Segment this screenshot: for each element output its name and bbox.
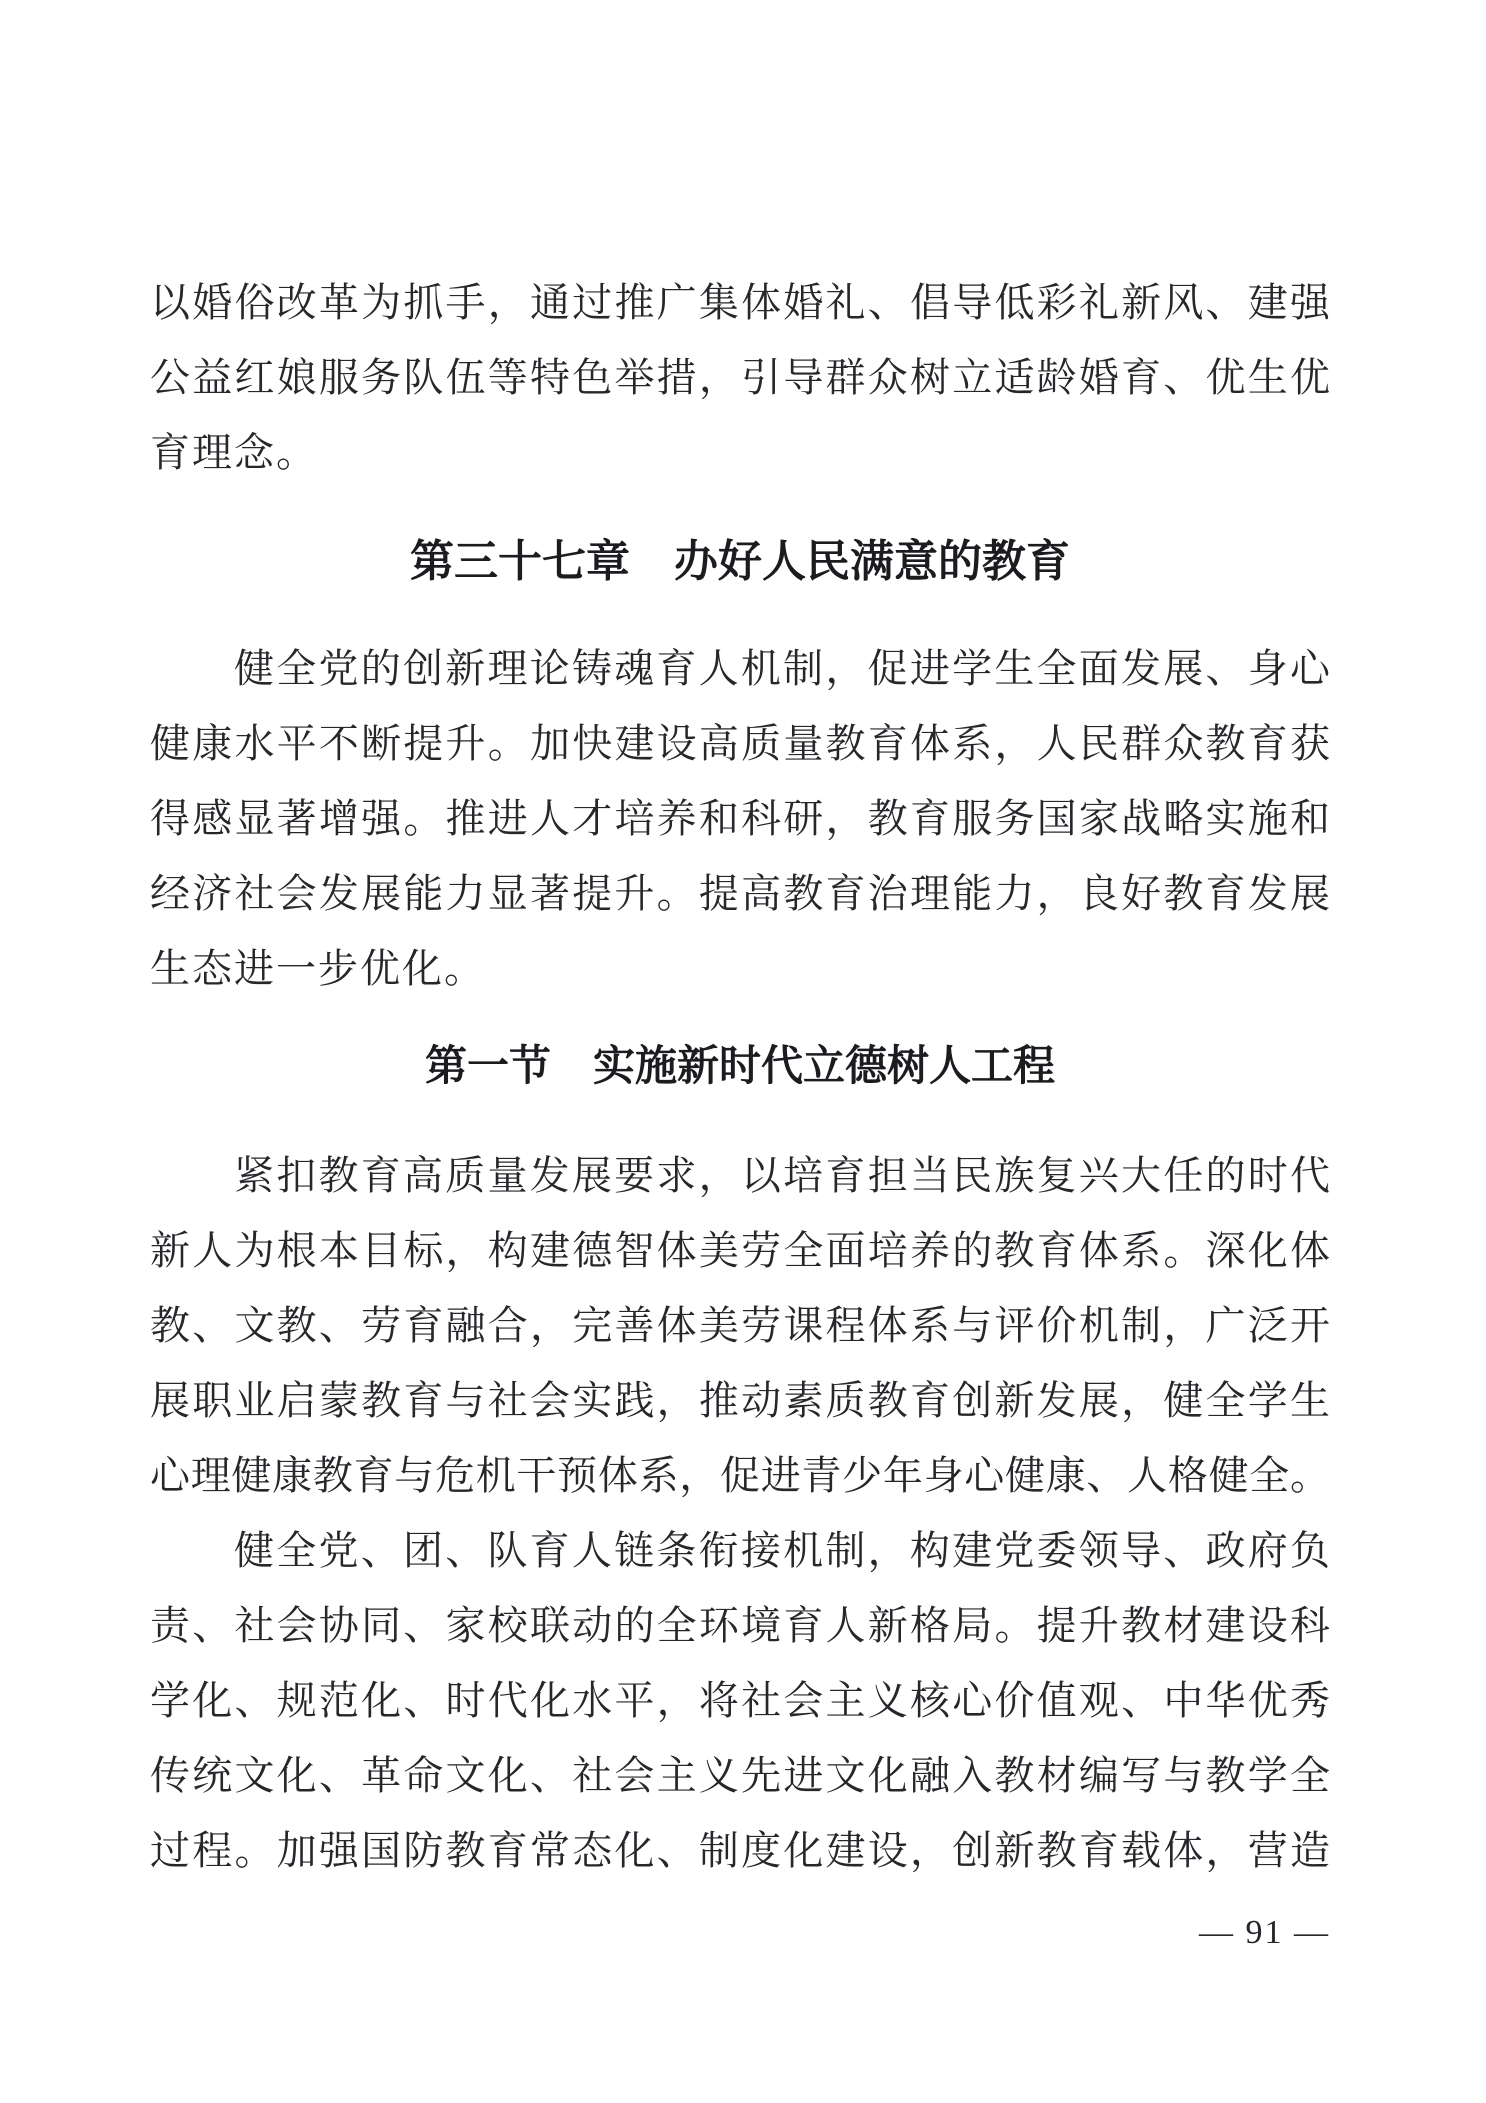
- paragraph: 以婚俗改革为抓手，通过推广集体婚礼、倡导低彩礼新风、建强公益红娘服务队伍等特色举…: [150, 265, 1330, 490]
- text-line: 以婚俗改革为抓手，通过推广集体婚礼、倡导低彩礼新风、建强: [150, 265, 1330, 340]
- text-line: 展职业启蒙教育与社会实践，推动素质教育创新发展，健全学生: [150, 1363, 1330, 1438]
- text-line: 健康水平不断提升。加快建设高质量教育体系，人民群众教育获: [150, 706, 1330, 781]
- text-content: 以婚俗改革为抓手，通过推广集体婚礼、倡导低彩礼新风、建强公益红娘服务队伍等特色举…: [150, 265, 1330, 1888]
- text-line: 紧扣教育高质量发展要求，以培育担当民族复兴大任的时代: [150, 1138, 1330, 1213]
- text-line: 心理健康教育与危机干预体系，促进青少年身心健康、人格健全。: [150, 1438, 1330, 1513]
- page-number: — 91 —: [1199, 1908, 1330, 1958]
- section-heading: 第一节 实施新时代立德树人工程: [150, 1028, 1330, 1104]
- document-page: 以婚俗改革为抓手，通过推广集体婚礼、倡导低彩礼新风、建强公益红娘服务队伍等特色举…: [0, 0, 1486, 2103]
- text-line: 公益红娘服务队伍等特色举措，引导群众树立适龄婚育、优生优: [150, 340, 1330, 415]
- text-line: 传统文化、革命文化、社会主义先进文化融入教材编写与教学全: [150, 1738, 1330, 1813]
- text-line: 经济社会发展能力显著提升。提高教育治理能力，良好教育发展: [150, 856, 1330, 931]
- paragraph: 健全党、团、队育人链条衔接机制，构建党委领导、政府负责、社会协同、家校联动的全环…: [150, 1513, 1330, 1888]
- text-line: 学化、规范化、时代化水平，将社会主义核心价值观、中华优秀: [150, 1663, 1330, 1738]
- text-line: 健全党、团、队育人链条衔接机制，构建党委领导、政府负: [150, 1513, 1330, 1588]
- text-line: 生态进一步优化。: [150, 931, 1330, 1006]
- paragraph: 健全党的创新理论铸魂育人机制，促进学生全面发展、身心健康水平不断提升。加快建设高…: [150, 631, 1330, 1006]
- text-line: 新人为根本目标，构建德智体美劳全面培养的教育体系。深化体: [150, 1213, 1330, 1288]
- text-line: 过程。加强国防教育常态化、制度化建设，创新教育载体，营造: [150, 1813, 1330, 1888]
- paragraph: 紧扣教育高质量发展要求，以培育担当民族复兴大任的时代新人为根本目标，构建德智体美…: [150, 1138, 1330, 1513]
- chapter-heading: 第三十七章 办好人民满意的教育: [150, 523, 1330, 601]
- text-line: 责、社会协同、家校联动的全环境育人新格局。提升教材建设科: [150, 1588, 1330, 1663]
- text-line: 健全党的创新理论铸魂育人机制，促进学生全面发展、身心: [150, 631, 1330, 706]
- text-line: 育理念。: [150, 415, 1330, 490]
- text-line: 教、文教、劳育融合，完善体美劳课程体系与评价机制，广泛开: [150, 1288, 1330, 1363]
- text-line: 得感显著增强。推进人才培养和科研，教育服务国家战略实施和: [150, 781, 1330, 856]
